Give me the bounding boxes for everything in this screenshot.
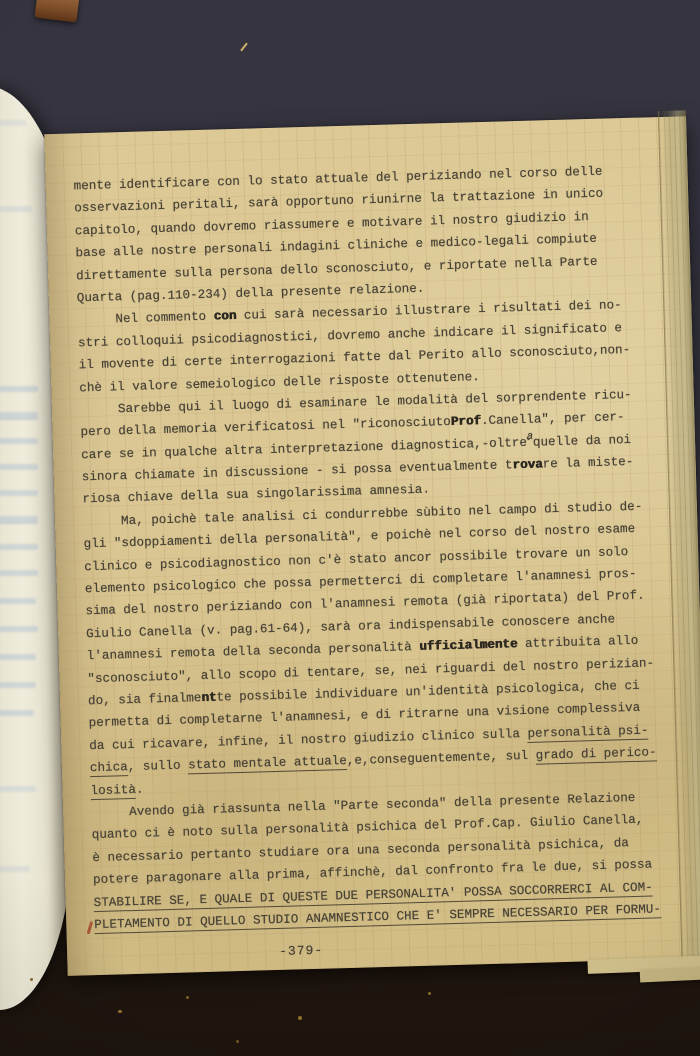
typed-segment: .Canella", per cer- xyxy=(481,410,625,428)
ghost-text-line xyxy=(0,516,38,524)
handwritten-insertion: a xyxy=(526,425,533,448)
paper-speck xyxy=(118,1010,122,1013)
ghost-text-line xyxy=(0,438,38,444)
typed-segment: ufficialmente xyxy=(419,637,518,654)
red-ink-mark xyxy=(87,921,94,934)
underlying-page-corner xyxy=(640,967,700,982)
ghost-text-line xyxy=(0,206,32,212)
book-clamp xyxy=(35,0,80,22)
ghost-text-line xyxy=(0,786,36,792)
ghost-text-line xyxy=(0,866,30,872)
typed-segment: rova xyxy=(512,457,543,472)
ghost-text-line xyxy=(0,682,36,688)
typed-segment: quelle da noi xyxy=(533,433,632,450)
ghost-text-line xyxy=(0,710,34,716)
typed-segment: chica xyxy=(90,760,128,777)
typed-segment: nt xyxy=(201,691,217,705)
ghost-text-line xyxy=(0,412,38,420)
typed-segment: grado di perico- xyxy=(536,746,657,765)
ghost-text-line xyxy=(0,464,38,470)
ghost-text-line xyxy=(0,598,36,604)
typed-segment: attribuita allo xyxy=(517,634,638,651)
photo-backdrop: mente identificare con lo stato attuale … xyxy=(0,0,700,1056)
ghost-text-line xyxy=(0,544,38,550)
ghost-text-line xyxy=(0,570,38,576)
paper-speck xyxy=(236,1040,239,1043)
typed-segment: Prof xyxy=(451,414,482,429)
paper-speck xyxy=(428,992,431,995)
ghost-text-line xyxy=(0,626,38,632)
typed-segment: , sullo xyxy=(128,759,189,775)
typed-segment: ,e,conseguentemente, sul xyxy=(347,749,536,768)
ghost-text-line xyxy=(0,120,26,126)
paper-speck xyxy=(240,42,248,51)
ghost-text-line xyxy=(0,386,38,392)
typed-segment: con xyxy=(213,309,236,324)
page-number: -379- xyxy=(279,943,323,959)
typed-segment: personalità psi- xyxy=(527,723,648,742)
typed-text: mente identificare con lo stato attuale … xyxy=(73,159,680,936)
ghost-text-line xyxy=(0,490,38,496)
paper-speck xyxy=(186,996,189,999)
document-page: mente identificare con lo stato attuale … xyxy=(44,116,700,976)
paper-speck xyxy=(30,978,33,981)
typed-segment: stato mentale attuale xyxy=(188,754,347,774)
typed-segment: re la miste- xyxy=(542,455,633,472)
ghost-text-line xyxy=(0,654,36,660)
typed-segment: Nel commento xyxy=(115,310,214,327)
typed-segment: do, sia finalme xyxy=(88,691,202,708)
typed-segment: losità xyxy=(90,782,136,799)
paper-speck xyxy=(298,1016,302,1020)
typed-segment: . xyxy=(136,782,144,796)
